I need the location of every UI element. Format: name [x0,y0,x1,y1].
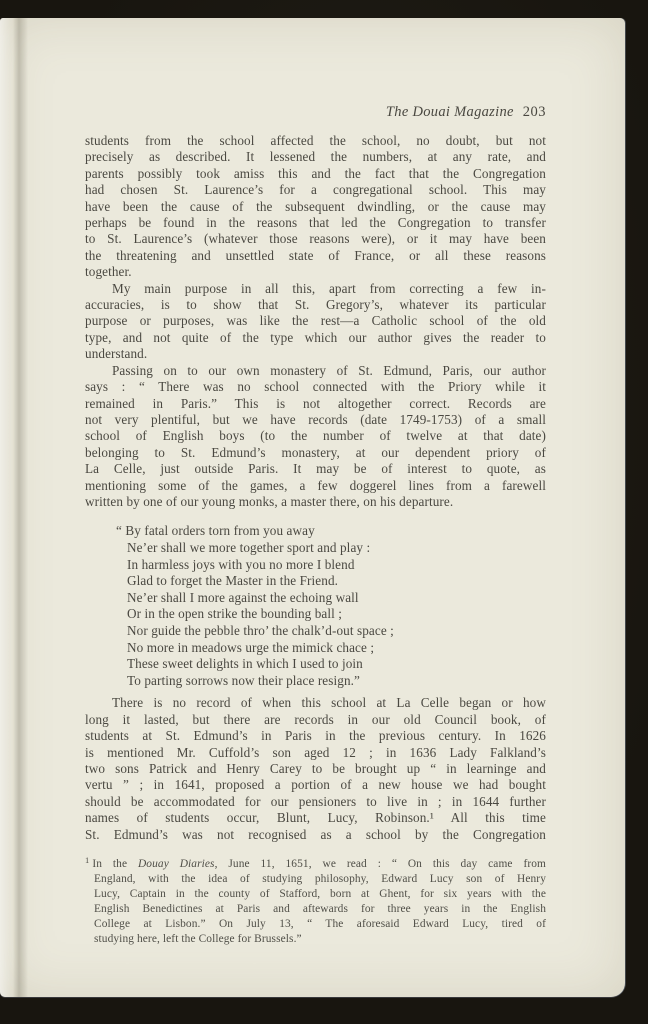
footnote-text: , June 11, 1651, we read : “ On this day… [215,858,546,870]
text-line: mentioning some of the games, a few dogg… [85,478,546,494]
page-number: 203 [523,104,546,120]
text-line: two sons Patrick and Henry Carey to be b… [85,761,546,777]
text-line: Passing on to our own monastery of St. E… [85,363,546,379]
text-line: understand. [85,346,546,362]
footnote: 1In the Douay Diaries, June 11, 1651, we… [85,853,546,947]
page-header: The Douai Magazine203 [85,104,546,120]
text-line: together. [85,264,546,280]
text-line: students from the school affected the sc… [85,133,546,149]
text-line: students at St. Edmund’s in Paris in the… [85,728,546,744]
footnote-line: College at Lisbon.” On July 13, “ The af… [85,917,546,932]
text-line: not very plentiful, but we have records … [85,412,546,428]
footnote-text: In the [92,858,138,870]
poem-line: Ne’er shall we more together sport and p… [127,540,546,557]
text-line: written by one of our young monks, a mas… [85,494,546,510]
footnote-line: 1In the Douay Diaries, June 11, 1651, we… [85,853,546,872]
footnote-marker: 1 [85,855,89,865]
text-line: to St. Laurence’s (whatever those reason… [85,231,546,247]
text-line: long it lasted, but there are records in… [85,712,546,728]
text-line: the threatening and unsettled state of F… [85,248,546,264]
poem-line: To parting sorrows now their place resig… [127,673,546,690]
text-line: had chosen St. Laurence’s for a congrega… [85,182,546,198]
poem-line: “ By fatal orders torn from you away [116,523,546,540]
footnote-line: England, with the idea of studying philo… [85,872,546,887]
body-text: students from the school affected the sc… [85,133,546,947]
text-line: La Celle, just outside Paris. It may be … [85,461,546,477]
journal-title: The Douai Magazine [386,104,514,120]
text-line: My main purpose in all this, apart from … [85,281,546,297]
text-line: should be accommodated for our pensioner… [85,794,546,810]
poem-line: In harmless joys with you no more I blen… [127,557,546,574]
text-line: remained in Paris.” This is not altogeth… [85,396,546,412]
text-line: type, and not quite of the type which ou… [85,330,546,346]
text-line: belonging to St. Edmund’s monastery, at … [85,445,546,461]
poem-line: Nor guide the pebble thro’ the chalk’d-o… [127,623,546,640]
footnote-line: Lucy, Captain in the county of Stafford,… [85,887,546,902]
text-line: St. Edmund’s was not recognised as a sch… [85,827,546,843]
text-line: accuracies, is to show that St. Gregory’… [85,297,546,313]
text-line: precisely as described. It lessened the … [85,149,546,165]
text-line: school of English boys (to the number of… [85,428,546,444]
text-line: have been the cause of the subsequent dw… [85,199,546,215]
text-line: names of students occur, Blunt, Lucy, Ro… [85,810,546,826]
poem-line: No more in meadows urge the mimick chace… [127,640,546,657]
text-line: parents possibly took amiss this and the… [85,166,546,182]
poem-quotation: “ By fatal orders torn from you away Ne’… [85,523,546,689]
text-line: There is no record of when this school a… [85,695,546,711]
footnote-line: studying here, left the College for Brus… [85,932,546,947]
footnote-line: English Benedictines at Paris and aftewa… [85,902,546,917]
paragraph-4: There is no record of when this school a… [85,695,546,843]
poem-line: Glad to forget the Master in the Friend. [127,573,546,590]
text-line: perhaps be found in the reasons that led… [85,215,546,231]
poem-line: Ne’er shall I more against the echoing w… [127,590,546,607]
text-line: purpose or purposes, was like the rest—a… [85,313,546,329]
footnote-book-title: Douay Diaries [138,858,215,870]
text-line: is mentioned Mr. Cuffold’s son aged 12 ;… [85,745,546,761]
paragraph-2: My main purpose in all this, apart from … [85,281,546,363]
paragraph-3: Passing on to our own monastery of St. E… [85,363,546,511]
page-content: The Douai Magazine203 students from the … [85,104,546,947]
text-line: says : “ There was no school connected w… [85,379,546,395]
book-page: The Douai Magazine203 students from the … [0,18,625,997]
paragraph-1: students from the school affected the sc… [85,133,546,281]
poem-line: These sweet delights in which I used to … [127,656,546,673]
text-line: vertu ” ; in 1641, proposed a portion of… [85,777,546,793]
poem-line: Or in the open strike the bounding ball … [127,606,546,623]
